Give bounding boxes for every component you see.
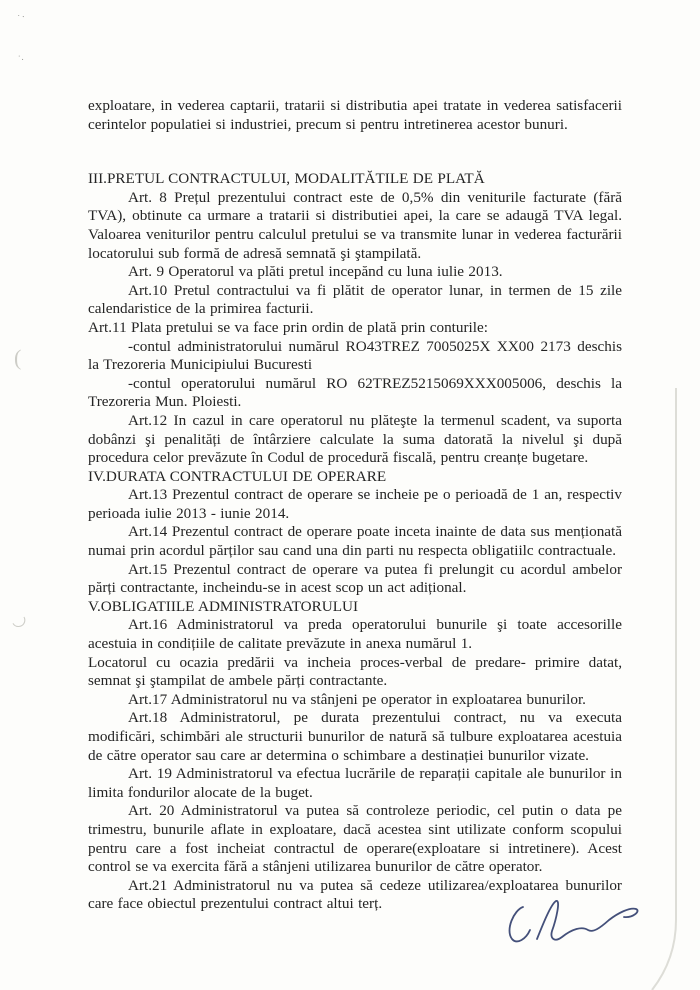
contract-paragraph: -contul operatorului numărul RO 62TREZ52…	[88, 375, 622, 412]
section-heading: V.OBLIGATIILE ADMINISTRATORULUI	[88, 598, 622, 617]
contract-paragraph: -contul administratorului numărul RO43TR…	[88, 338, 622, 375]
ink-speck-artifact: ˙·	[17, 12, 27, 23]
contract-paragraph: exploatare, in vederea captarii, tratari…	[88, 97, 622, 134]
contract-paragraph: Art.12 In cazul in care operatorul nu pl…	[88, 412, 622, 468]
contract-paragraph: Art.18 Administratorul, pe durata prezen…	[88, 709, 622, 765]
contract-paragraph: Art.14 Prezentul contract de operare poa…	[88, 523, 622, 560]
contract-paragraph: Art.11 Plata pretului se va face prin or…	[88, 319, 622, 338]
section-heading: IV.DURATA CONTRACTULUI DE OPERARE	[88, 468, 622, 487]
section-heading: III.PRETUL CONTRACTULUI, MODALITĂTILE DE…	[88, 170, 622, 189]
signature	[497, 886, 649, 964]
contract-paragraph: Art. 9 Operatorul va plăti pretul incepă…	[88, 263, 622, 282]
contract-paragraph: Art.15 Prezentul contract de operare va …	[88, 561, 622, 598]
contract-paragraph: Art. 20 Administratorul va putea să cont…	[88, 802, 622, 876]
contract-paragraph: Art. 19 Administratorul va efectua lucră…	[88, 765, 622, 802]
contract-text-block: exploatare, in vederea captarii, tratari…	[88, 97, 622, 914]
contract-paragraph: Art.10 Pretul contractului va fi plătit …	[88, 282, 622, 319]
scanned-document-page: exploatare, in vederea captarii, tratari…	[0, 0, 700, 990]
contract-paragraph: Art.17 Administratorul nu va stânjeni pe…	[88, 691, 622, 710]
contract-paragraph: Locatorul cu ocazia predării va incheia …	[88, 654, 622, 691]
contract-paragraph: Art.16 Administratorul va preda operator…	[88, 616, 622, 653]
scan-smudge-artifact: ◡	[6, 606, 31, 633]
contract-paragraph: Art.13 Prezentul contract de operare se …	[88, 486, 622, 523]
scan-smudge-artifact: (	[14, 347, 21, 369]
contract-paragraph: Art. 8 Prețul prezentului contract este …	[88, 189, 622, 263]
ink-speck-artifact: ˙·	[16, 54, 26, 64]
